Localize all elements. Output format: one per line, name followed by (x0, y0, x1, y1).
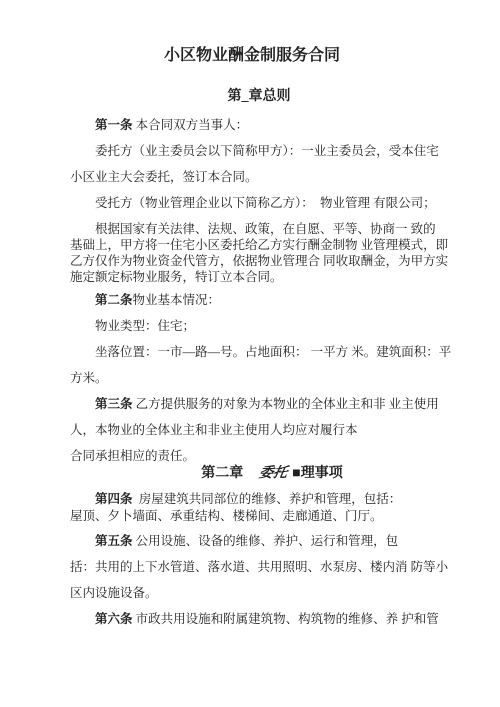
article-1-text: 本合同双方当事人： (133, 118, 249, 132)
para-article-6: 第六条 市政共用设施和附属建筑物、构筑物的维修、养 护和管 (70, 606, 466, 632)
para-preamble: 根据国家有关法律、法规、政策，在自愿、平等、协商一 致的 基础上，甲方将一住宅小… (70, 221, 466, 285)
article-1-label: 第一条 (95, 118, 133, 132)
article-2-label: 第二条 (95, 293, 133, 307)
document-title: 小区物业酬金制服务合同 (54, 43, 450, 69)
article-3-label: 第三条 (95, 397, 133, 411)
article-5-label: 第五条 (95, 534, 133, 548)
article-6-label: 第六条 (95, 612, 133, 626)
party-b-text: 受托方（物业管理企业以下简称乙方）： 物业管理 有限公司； (95, 196, 436, 210)
chapter-2-heading: 第二章委托■理事项 (74, 461, 470, 487)
chapter-1-heading: 第_章总则 (61, 84, 457, 110)
chapter-2-rest: ■理事项 (292, 466, 342, 481)
party-a-text: 委托方（业主委员会以下简称甲方）：一业主委员会，受本住宅 小区业主大会委托，签订… (70, 144, 439, 184)
article-6-text: 市政共用设施和附属建筑物、构筑物的维修、养 护和管 (133, 612, 439, 626)
para-property-type: 物业类型：住宅； (70, 313, 466, 339)
contract-document-page: 小区物业酬金制服务合同 第_章总则 第一条 本合同双方当事人： 委托方（业主委员… (0, 0, 500, 707)
chapter-2-number: 第二章 (201, 466, 243, 481)
article-2-text: 物业基本情况： (133, 293, 221, 307)
para-article-4: 第四条 房屋建筑共同部位的维修、养护和管理，包括： 屋顶、夕卜墙面、承重结构、楼… (70, 491, 466, 525)
article-4-label: 第四条 (95, 492, 133, 506)
para-article-1: 第一条 本合同双方当事人： (70, 112, 466, 138)
para-party-b: 受托方（物业管理企业以下简称乙方）： 物业管理 有限公司； (70, 190, 466, 216)
chapter-2-entrust-italic: 委托 (257, 461, 290, 487)
para-article-2: 第二条物业基本情况： (70, 287, 466, 313)
para-article-5: 第五条 公用设施、设备的维修、养护、运行和管理，包 括：共用的上下水管道、落水道… (70, 528, 466, 606)
para-article-3: 第三条 乙方提供服务的对象为本物业的全体业主和非 业主使用 人，本物业的全体业主… (70, 391, 466, 469)
property-type-text: 物业类型：住宅； (95, 319, 195, 333)
preamble-text: 根据国家有关法律、法规、政策，在自愿、平等、协商一 致的 基础上，甲方将一住宅小… (70, 222, 448, 284)
para-party-a: 委托方（业主委员会以下简称甲方）：一业主委员会，受本住宅 小区业主大会委托，签订… (70, 138, 466, 190)
para-property-location: 坐落位置：一市—路—号。占地面积： 一平方 米。建筑面积：平 方米。 (70, 339, 466, 391)
property-location-text: 坐落位置：一市—路—号。占地面积： 一平方 米。建筑面积：平 方米。 (70, 345, 451, 385)
